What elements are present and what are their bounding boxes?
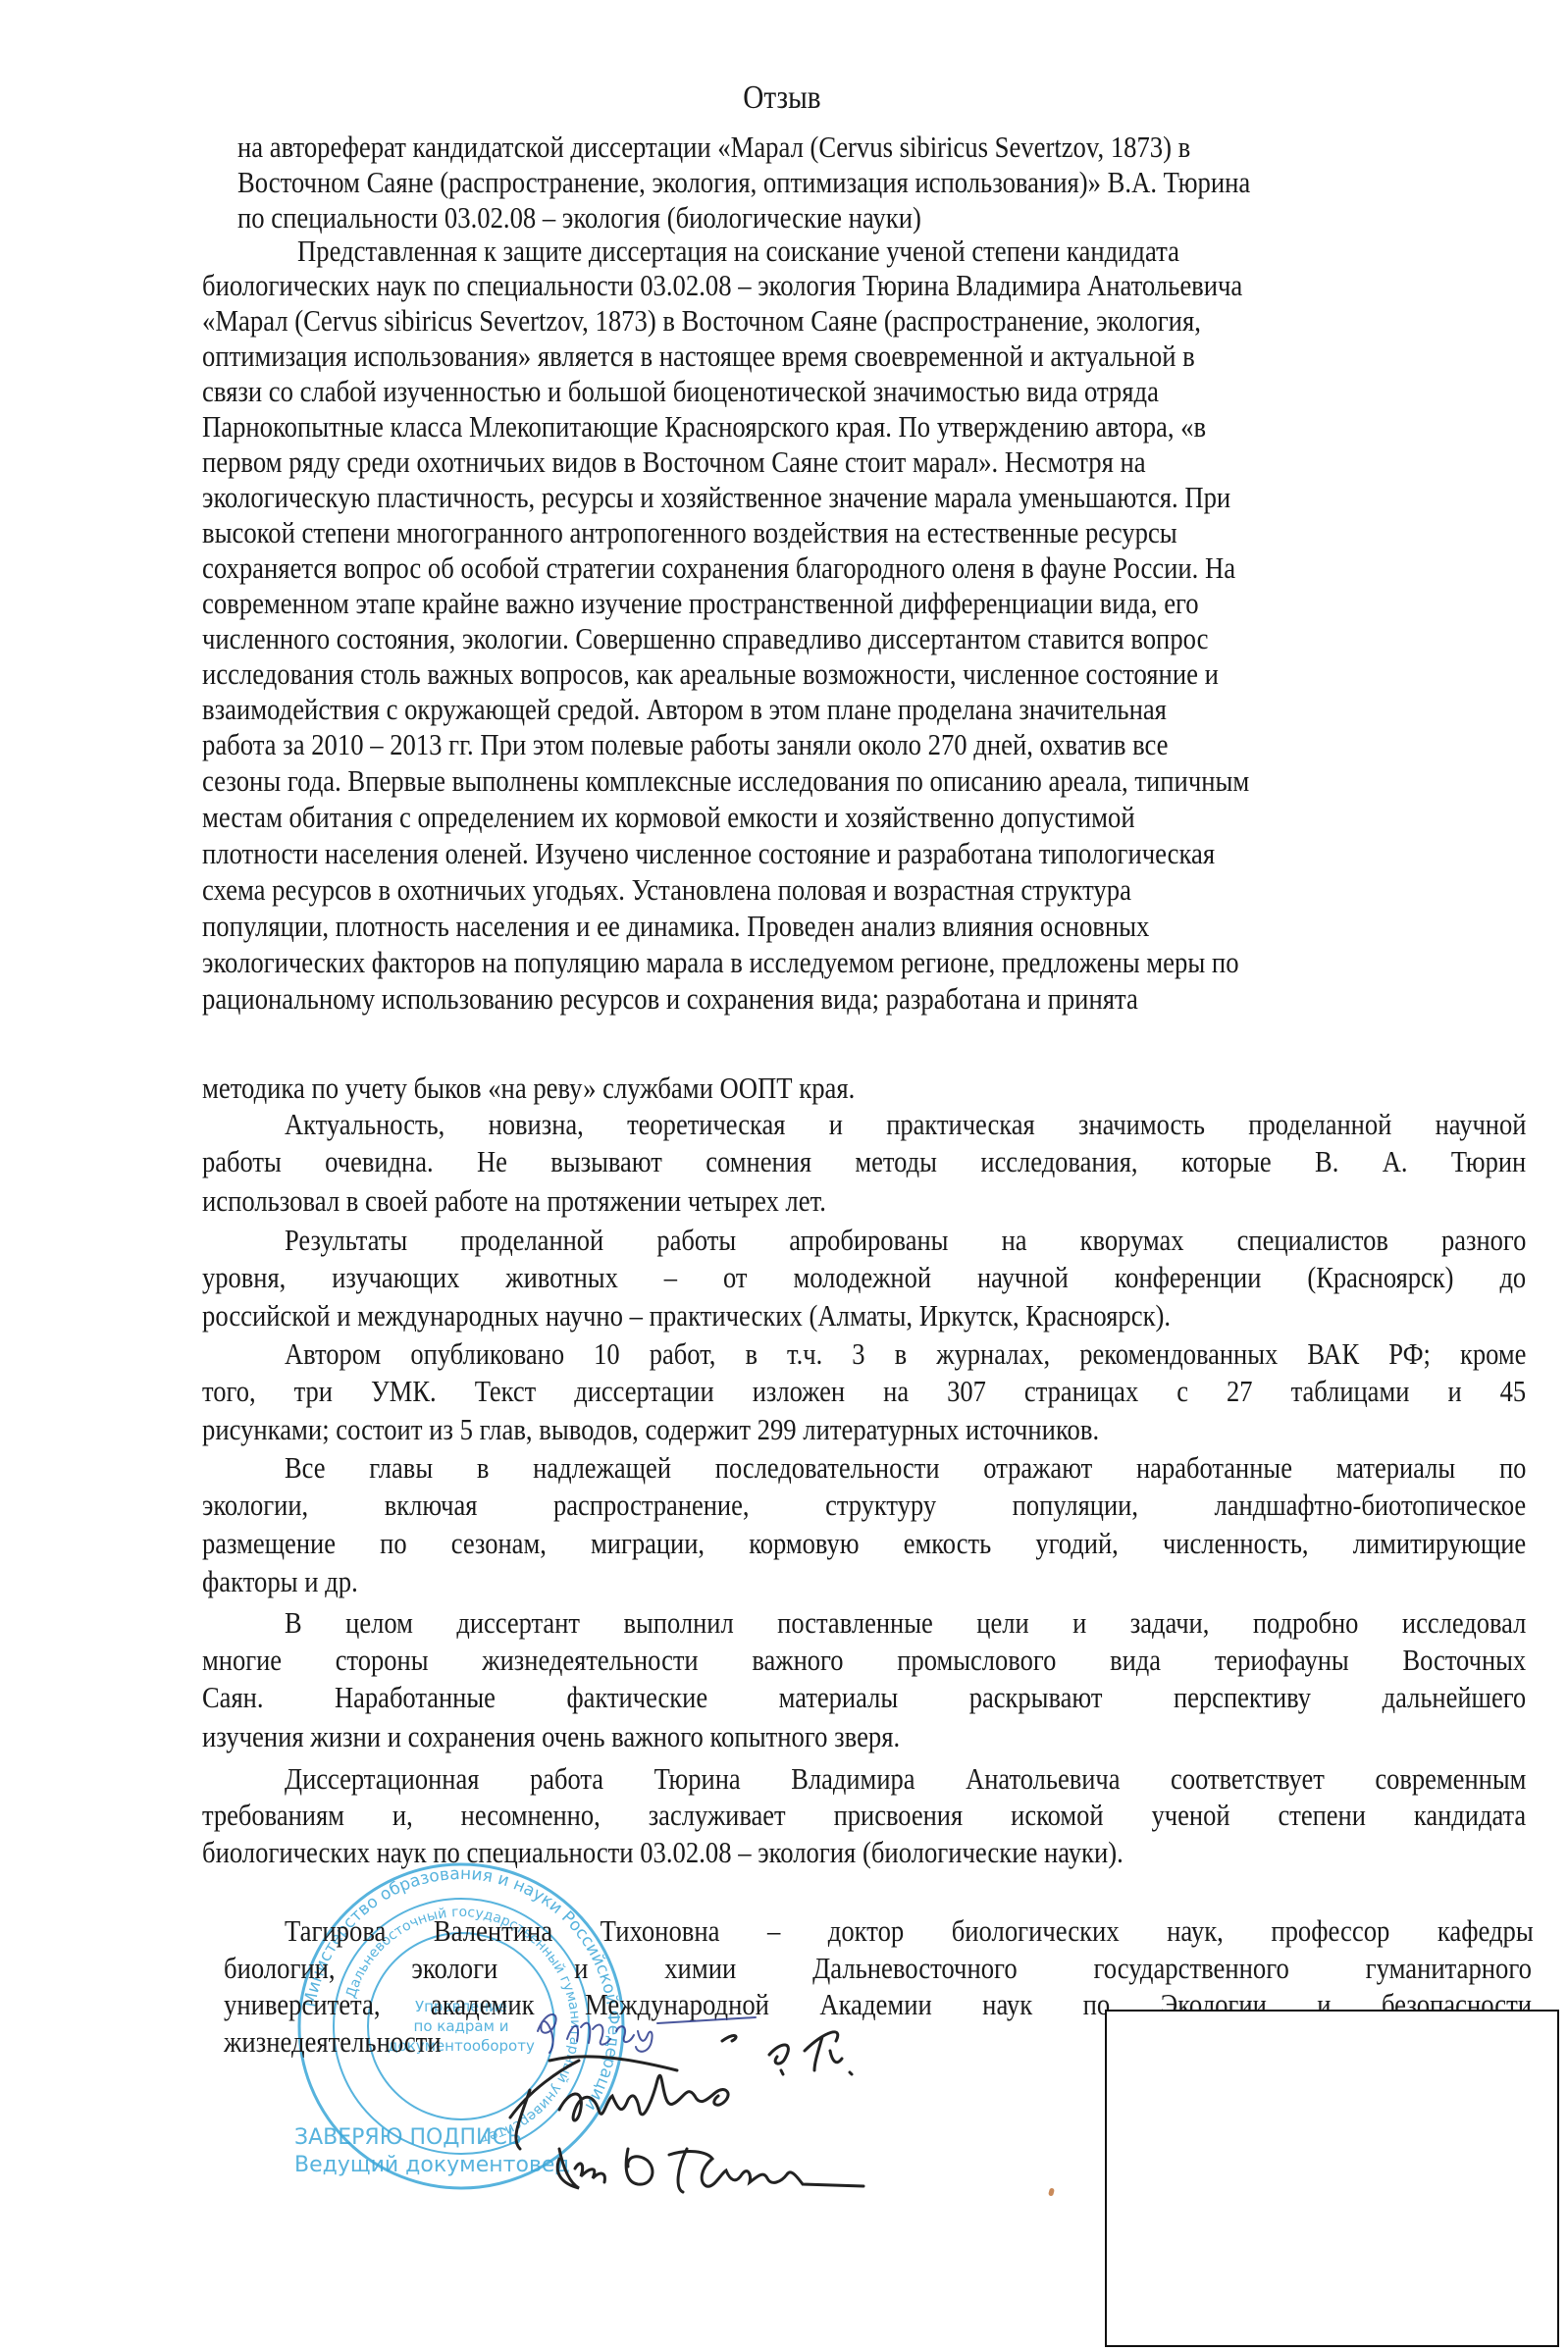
svg-text:ЗАВЕРЯЮ ПОДПИСЬ: ЗАВЕРЯЮ ПОДПИСЬ [294, 2125, 522, 2150]
text-line: первом ряду среди охотничьих видов в Вос… [202, 444, 1146, 480]
text-line: рациональному использованию ресурсов и с… [202, 981, 1138, 1017]
text-line: современном этапе крайне важно изучение … [202, 586, 1199, 621]
text-line: Все главы в надлежащей последовательност… [285, 1450, 1526, 1486]
text-line: методика по учету быков «на реву» служба… [202, 1071, 855, 1106]
text-line: Представленная к защите диссертация на с… [297, 234, 1179, 269]
signer-line: Тагирова Валентина Тихоновна – доктор би… [285, 1913, 1534, 1949]
text-line: плотности населения оленей. Изучено числ… [202, 836, 1215, 871]
text-line: связи со слабой изученностью и большой б… [202, 374, 1159, 409]
text-line: исследования столь важных вопросов, как … [202, 656, 1219, 692]
text-line: сезоны года. Впервые выполнены комплексн… [202, 763, 1249, 799]
text-line: уровня, изучающих животных – от молодежн… [202, 1260, 1526, 1295]
header-line: по специальности 03.02.08 – экология (би… [237, 200, 921, 235]
signer-line: жизнедеятельности [224, 2024, 442, 2060]
text-line: Результаты проделанной работы апробирова… [285, 1223, 1526, 1258]
handwritten-signatures-icon [491, 2002, 1099, 2218]
text-line: схема ресурсов в охотничьих угодьях. Уст… [202, 872, 1131, 908]
text-line: российской и международных научно – прак… [202, 1298, 1171, 1333]
text-line: изучения жизни и сохранения очень важног… [202, 1719, 900, 1754]
text-line: местам обитания с определением их кормов… [202, 800, 1135, 835]
text-line: Актуальность, новизна, теоретическая и п… [285, 1107, 1526, 1142]
text-line: сохраняется вопрос об особой стратегии с… [202, 550, 1235, 586]
text-line: «Марал (Cervus sibiricus Severtzov, 1873… [202, 303, 1201, 339]
text-line: взаимодействия с окружающей средой. Авто… [202, 692, 1167, 727]
text-line: использовал в своей работе на протяжении… [202, 1183, 826, 1219]
text-line: работы очевидна. Не вызывают сомнения ме… [202, 1144, 1526, 1179]
text-line: Парнокопытные класса Млекопитающие Красн… [202, 409, 1206, 444]
text-line: популяции, плотность населения и ее дина… [202, 909, 1149, 944]
text-line: биологических наук по специальности 03.0… [202, 268, 1242, 303]
header-line: на автореферат кандидатской диссертации … [237, 130, 1190, 165]
signer-line: биологии, экологи и химии Дальневосточно… [224, 1951, 1532, 1986]
text-line: экологических факторов на популяцию мара… [202, 945, 1239, 980]
text-line: работа за 2010 – 2013 гг. При этом полев… [202, 727, 1169, 762]
text-line: требованиям и, несомненно, заслуживает п… [202, 1798, 1526, 1833]
text-line: экологическую пластичность, ресурсы и хо… [202, 480, 1230, 515]
document-title: Отзыв [108, 78, 1456, 118]
text-line: В целом диссертант выполнил поставленные… [285, 1605, 1526, 1641]
blank-frame [1105, 2010, 1559, 2347]
text-line: многие стороны жизнедеятельности важного… [202, 1643, 1526, 1678]
text-line: оптимизация использования» является в на… [202, 339, 1195, 374]
text-line: экологии, включая распространение, струк… [202, 1488, 1526, 1523]
text-line: Диссертационная работа Тюрина Владимира … [285, 1761, 1526, 1797]
text-line: рисунками; состоит из 5 глав, выводов, с… [202, 1412, 1099, 1447]
text-line: размещение по сезонам, миграции, кормову… [202, 1526, 1526, 1561]
header-line: Восточном Саяне (распространение, эколог… [237, 165, 1250, 200]
text-line: Автором опубликовано 10 работ, в т.ч. 3 … [285, 1336, 1526, 1372]
text-line: высокой степени многогранного антропоген… [202, 515, 1177, 550]
text-line: факторы и др. [202, 1564, 358, 1599]
text-line: численного состояния, экологии. Совершен… [202, 621, 1208, 656]
text-line: того, три УМК. Текст диссертации изложен… [202, 1374, 1526, 1409]
text-line: Саян. Наработанные фактические материалы… [202, 1680, 1526, 1715]
document-page: Отзыв на автореферат кандидатской диссер… [0, 0, 1568, 2352]
